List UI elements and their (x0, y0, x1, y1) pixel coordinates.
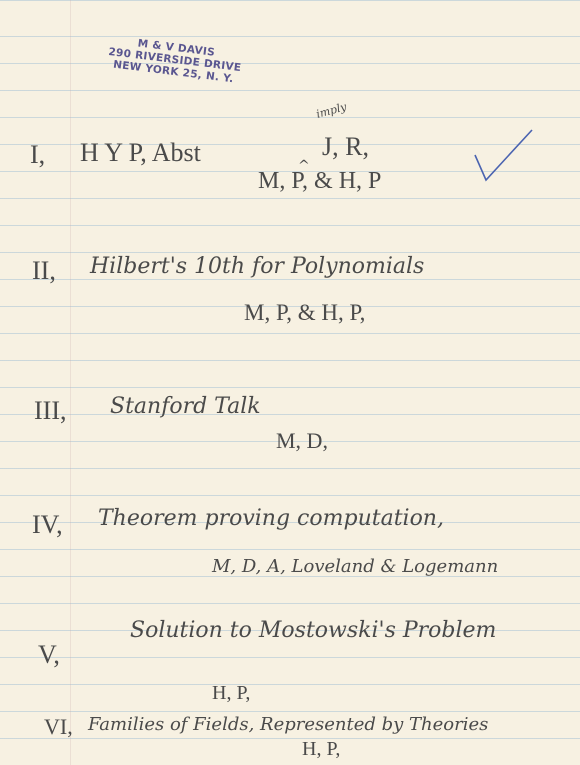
item-title-after: J, R, (322, 132, 369, 162)
item-title: H Y P, Abst (80, 138, 201, 168)
item-numeral: VI, (44, 714, 73, 740)
item-title: Families of Fields, Represented by Theor… (88, 714, 488, 735)
checkmark-icon (470, 125, 540, 185)
item-authors: M, D, A, Loveland & Logemann (212, 556, 498, 577)
item-authors-above: H, P, (212, 682, 250, 705)
notebook-page: M & V DAVIS 290 RIVERSIDE DRIVE NEW YORK… (0, 0, 580, 765)
item-numeral: IV, (32, 510, 63, 540)
item-title: Hilbert's 10th for Polynomials (90, 254, 424, 279)
item-title: Solution to Mostowski's Problem (130, 618, 496, 643)
item-numeral: V, (38, 640, 60, 670)
item-insertion: imply (315, 100, 348, 121)
address-stamp: M & V DAVIS 290 RIVERSIDE DRIVE NEW YORK… (106, 34, 243, 86)
item-authors: M, P, & H, P (258, 168, 381, 195)
margin-line (70, 0, 71, 765)
item-title: Stanford Talk (110, 394, 261, 419)
item-title: Theorem proving computation, (98, 506, 444, 531)
item-authors-below: H, P, (302, 738, 340, 761)
item-numeral: II, (32, 256, 56, 286)
item-authors: M, P, & H, P, (244, 300, 365, 326)
item-authors: M, D, (276, 428, 328, 454)
item-numeral: III, (34, 396, 66, 426)
item-numeral: I, (30, 140, 45, 170)
